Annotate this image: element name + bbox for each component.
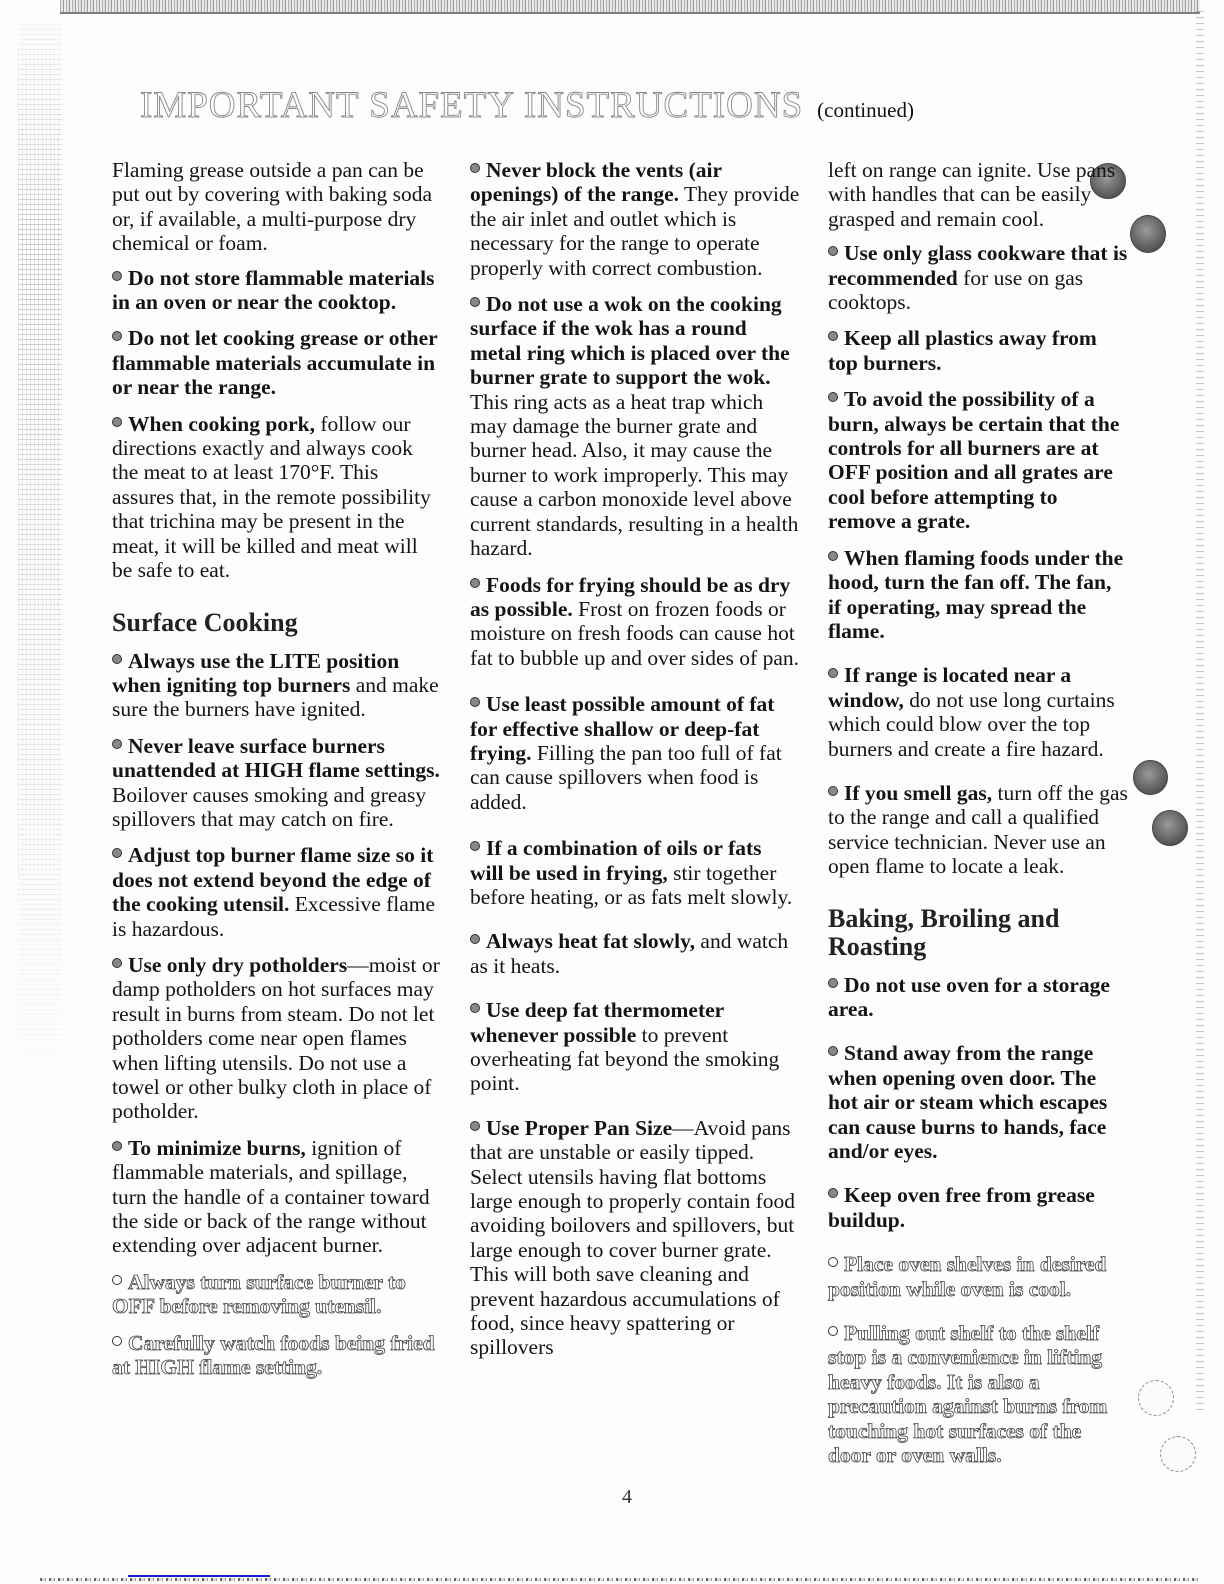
item-lead: Use Proper Pan Size: [486, 1116, 672, 1140]
list-item: Do not let cooking grease or other flamm…: [112, 326, 442, 399]
item-lead: Pulling out shelf to the shelf stop is a…: [828, 1321, 1107, 1467]
list-item: Do not store flammable materials in an o…: [112, 266, 442, 315]
section-title-baking-broiling-roasting: Baking, Broiling and Roasting: [828, 905, 1128, 961]
bullet-icon: [828, 551, 838, 561]
list-item: Keep all plastics away from top burners.: [828, 326, 1128, 375]
list-item: Use only glass cookware that is recommen…: [828, 241, 1128, 314]
item-lead: Keep all plastics away from top burners.: [828, 326, 1097, 374]
list-item: When cooking pork, follow our directions…: [112, 412, 442, 583]
binder-hole-icon: [1130, 215, 1166, 253]
bullet-icon: [470, 1121, 480, 1131]
item-lead: To avoid the possibility of a burn, alwa…: [828, 387, 1119, 533]
item-lead: Always heat fat slowly,: [486, 929, 695, 953]
bullet-icon: [828, 668, 838, 678]
page-header: IMPORTANT SAFETY INSTRUCTIONS (continued…: [140, 84, 914, 127]
bullet-icon: [112, 848, 122, 858]
list-item: Adjust top burner flame size so it does …: [112, 843, 442, 941]
intro-paragraph: Flaming grease outside a pan can be put …: [112, 158, 442, 256]
list-item: Never block the vents (air openings) of …: [470, 158, 800, 280]
scan-edge-top: [60, 0, 1200, 14]
bullet-icon: [470, 1003, 480, 1013]
bullet-icon: [470, 697, 480, 707]
continued-paragraph: left on range can ignite. Use pans with …: [828, 158, 1128, 231]
item-text: —Avoid pans that are unstable or easily …: [470, 1116, 795, 1360]
list-item: Use Proper Pan Size—Avoid pans that are …: [470, 1116, 800, 1360]
list-item: To avoid the possibility of a burn, alwa…: [828, 387, 1128, 533]
page-number: 4: [622, 1486, 632, 1509]
item-lead: Place oven shelves in desired position w…: [828, 1252, 1106, 1300]
bullet-icon: [828, 331, 838, 341]
bullet-icon: [828, 246, 838, 256]
bullet-icon: [470, 841, 480, 851]
item-lead: Never leave surface burners unattended a…: [112, 734, 440, 782]
bullet-icon: [828, 1257, 838, 1267]
list-item: Pulling out shelf to the shelf stop is a…: [828, 1321, 1128, 1467]
bullet-icon: [112, 654, 122, 664]
bullet-icon: [112, 1275, 122, 1285]
bullet-icon: [470, 163, 480, 173]
item-lead: Carefully watch foods being fried at HIG…: [112, 1331, 435, 1379]
item-lead: Use only dry potholders: [128, 953, 347, 977]
bullet-icon: [112, 417, 122, 427]
scan-edge-bottom: [40, 1578, 1200, 1581]
list-item: When flaming foods under the hood, turn …: [828, 546, 1128, 644]
binder-hole-icon: [1152, 810, 1188, 846]
bullet-icon: [828, 786, 838, 796]
item-text: —moist or damp potholders on hot surface…: [112, 953, 440, 1123]
item-lead: When cooking pork,: [128, 412, 315, 436]
bullet-icon: [112, 1336, 122, 1346]
item-lead: Do not let cooking grease or other flamm…: [112, 326, 437, 399]
item-lead: Keep oven free from grease buildup.: [828, 1183, 1095, 1231]
item-text: Boilover causes smoking and greasy spill…: [112, 783, 426, 831]
page-title: IMPORTANT SAFETY INSTRUCTIONS: [140, 84, 803, 127]
list-item: Always heat fat slowly, and watch as it …: [470, 929, 800, 978]
bullet-icon: [828, 392, 838, 402]
scan-edge-left: [18, 20, 62, 1120]
item-lead: When flaming foods under the hood, turn …: [828, 546, 1123, 643]
continued-label: (continued): [817, 98, 914, 123]
list-item: If range is located near a window, do no…: [828, 663, 1128, 761]
bullet-icon: [828, 978, 838, 988]
item-lead: Stand away from the range when opening o…: [828, 1041, 1107, 1163]
binder-hole-icon: [1133, 760, 1168, 795]
item-text: follow our directions exactly and always…: [112, 412, 431, 582]
binder-hole-icon: [1138, 1380, 1174, 1416]
blue-rule: [128, 1575, 270, 1577]
item-lead: To minimize burns,: [128, 1136, 306, 1160]
list-item: Carefully watch foods being fried at HIG…: [112, 1331, 442, 1380]
list-item: Stand away from the range when opening o…: [828, 1041, 1128, 1163]
column-2: Never block the vents (air openings) of …: [470, 158, 800, 1372]
bullet-icon: [112, 1141, 122, 1151]
list-item: Use deep fat thermometer whenever possib…: [470, 998, 800, 1096]
item-lead: Do not store flammable materials in an o…: [112, 266, 435, 314]
bullet-icon: [112, 739, 122, 749]
list-item: Keep oven free from grease buildup.: [828, 1183, 1128, 1232]
bullet-icon: [828, 1188, 838, 1198]
column-3: left on range can ignite. Use pans with …: [828, 158, 1128, 1479]
bullet-icon: [112, 331, 122, 341]
list-item: Never leave surface burners unattended a…: [112, 734, 442, 832]
bullet-icon: [112, 958, 122, 968]
column-1: Flaming grease outside a pan can be put …: [112, 158, 442, 1391]
list-item: Use only dry potholders—moist or damp po…: [112, 953, 442, 1124]
item-lead: Do not use oven for a storage area.: [828, 973, 1110, 1021]
item-lead: Do not use a wok on the cooking surface …: [470, 292, 790, 389]
list-item: Do not use a wok on the cooking surface …: [470, 292, 800, 560]
bullet-icon: [828, 1326, 838, 1336]
bullet-icon: [470, 934, 480, 944]
scan-edge-right: [1196, 10, 1204, 1410]
list-item: Use least possible amount of fat for eff…: [470, 692, 800, 814]
bullet-icon: [112, 271, 122, 281]
list-item: Always use the LITE position when igniti…: [112, 649, 442, 722]
bullet-icon: [470, 578, 480, 588]
list-item: To minimize burns, ignition of flammable…: [112, 1136, 442, 1258]
list-item: Place oven shelves in desired position w…: [828, 1252, 1128, 1301]
list-item: If a combination of oils or fats will be…: [470, 836, 800, 909]
list-item: Do not use oven for a storage area.: [828, 973, 1128, 1022]
list-item: Always turn surface burner to OFF before…: [112, 1270, 442, 1319]
bullet-icon: [470, 297, 480, 307]
list-item: Foods for frying should be as dry as pos…: [470, 573, 800, 671]
bullet-icon: [828, 1046, 838, 1056]
binder-hole-icon: [1160, 1436, 1196, 1472]
item-text: This ring acts as a heat trap which may …: [470, 390, 798, 560]
item-lead: If you smell gas,: [844, 781, 992, 805]
item-lead: Always turn surface burner to OFF before…: [112, 1270, 406, 1318]
list-item: If you smell gas, turn off the gas to th…: [828, 781, 1128, 879]
section-title-surface-cooking: Surface Cooking: [112, 609, 442, 637]
